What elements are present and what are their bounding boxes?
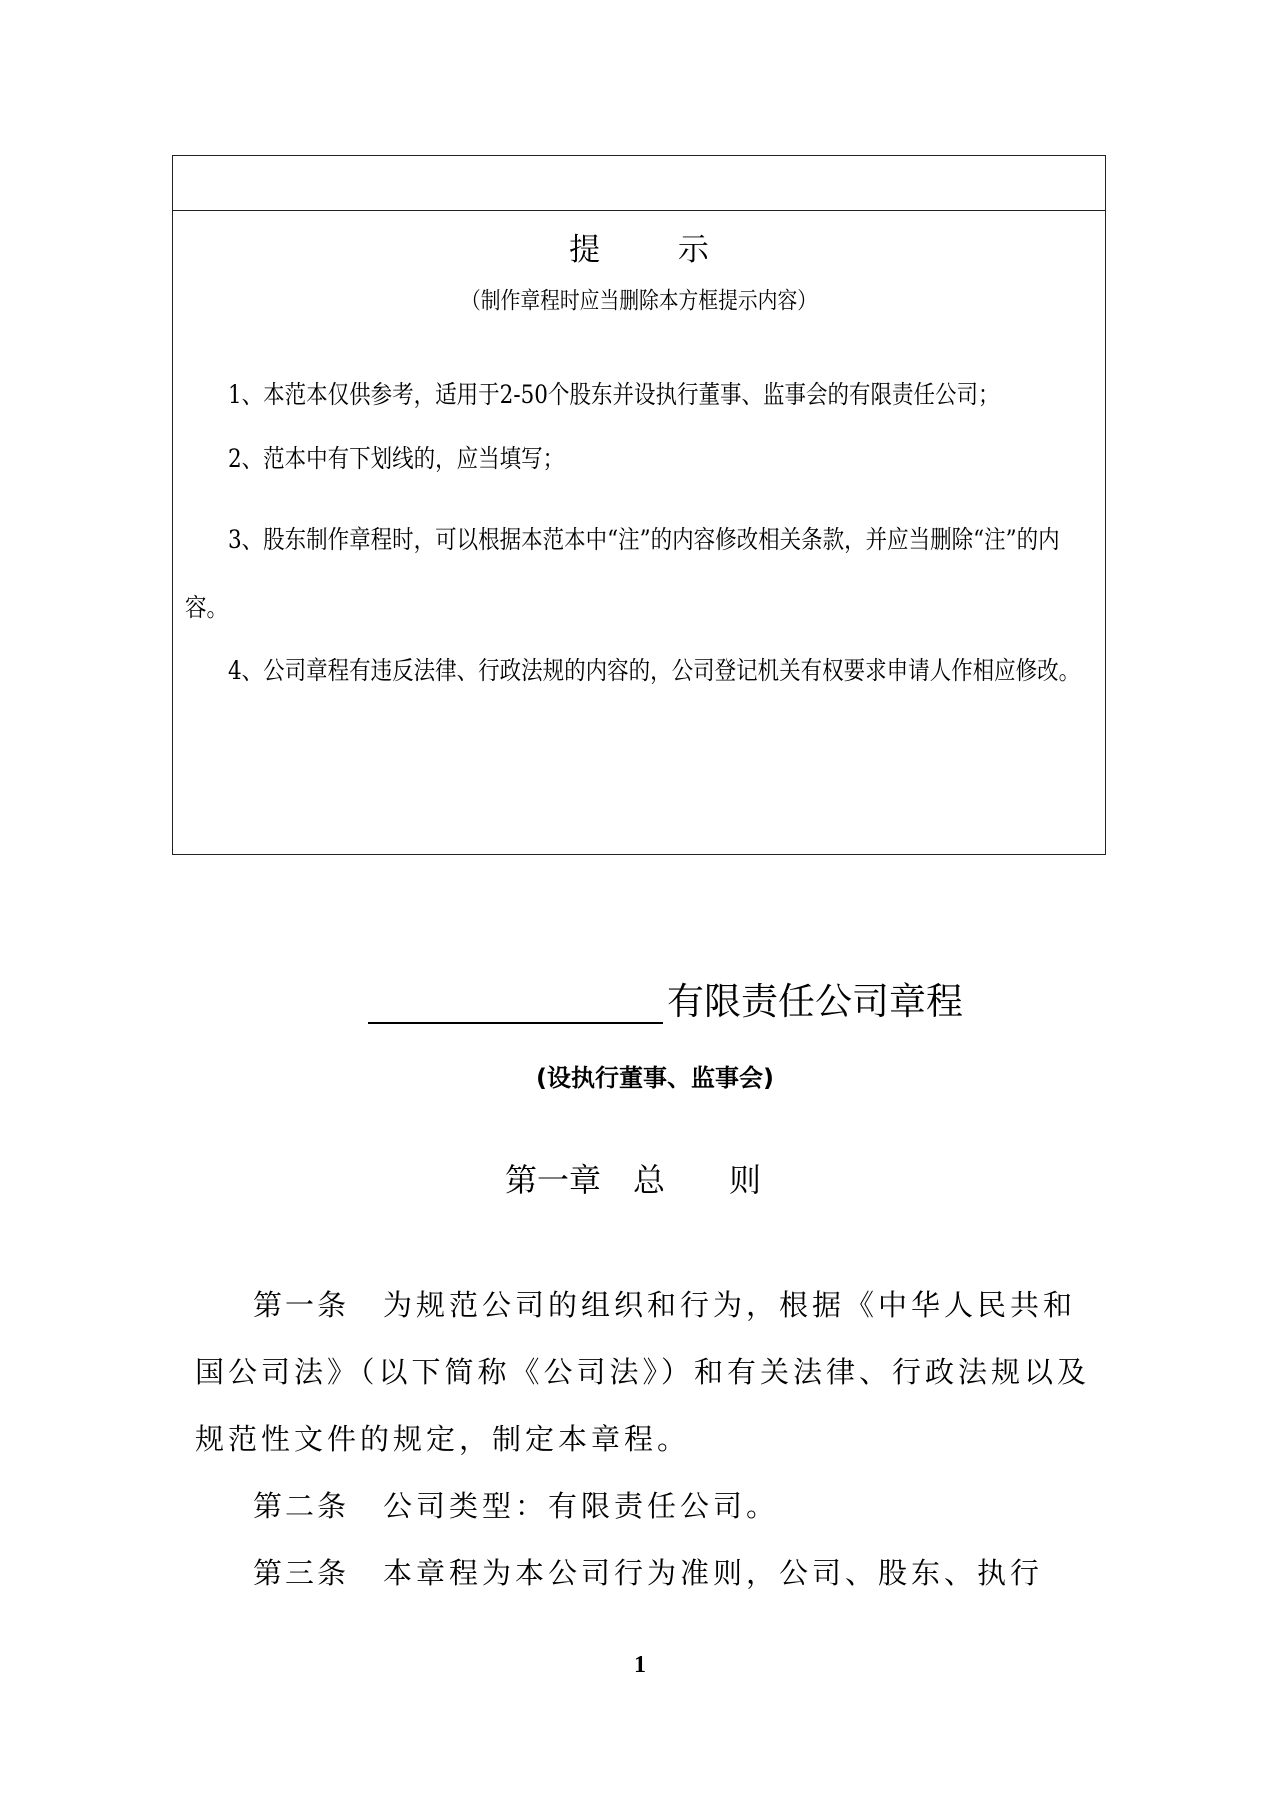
- company-name-blank: [368, 984, 663, 1024]
- notice-empty-row: [173, 156, 1105, 211]
- notice-item-3: 3、股东制作章程时，可以根据本范本中“注”的内容修改相关条款，并应当删除“注”的…: [185, 506, 1093, 642]
- notice-box: 提 示 （制作章程时应当删除本方框提示内容） 1、本范本仅供参考，适用于2-50…: [172, 155, 1106, 855]
- notice-item-4: 4、公司章程有违反法律、行政法规的内容的，公司登记机关有权要求申请人作相应修改。: [185, 650, 1093, 692]
- page-number: 1: [0, 1652, 1280, 1679]
- article-label: 第二条: [253, 1489, 349, 1523]
- document-title-suffix: 有限责任公司章程: [667, 980, 963, 1023]
- article-3: 第三条本章程为本公司行为准则，公司、股东、执行: [195, 1540, 1100, 1607]
- notice-subtitle: （制作章程时应当删除本方框提示内容）: [238, 282, 1040, 315]
- article-1: 第一条为规范公司的组织和行为，根据《中华人民共和国公司法》（以下简称《公司法》）…: [195, 1272, 1100, 1473]
- article-text: 公司类型：有限责任公司。: [383, 1489, 779, 1523]
- notice-item-2: 2、范本中有下划线的，应当填写；: [185, 438, 1093, 480]
- notice-item-1: 1、本范本仅供参考，适用于2-50个股东并设执行董事、监事会的有限责任公司；: [185, 374, 1093, 416]
- notice-title: 提 示: [173, 224, 1105, 269]
- document-page: 提 示 （制作章程时应当删除本方框提示内容） 1、本范本仅供参考，适用于2-50…: [0, 0, 1280, 1810]
- article-text: 本章程为本公司行为准则，公司、股东、执行: [383, 1556, 1043, 1590]
- document-title: 有限责任公司章程: [368, 980, 963, 1024]
- article-label: 第三条: [253, 1556, 349, 1590]
- notice-items: 1、本范本仅供参考，适用于2-50个股东并设执行董事、监事会的有限责任公司； 2…: [185, 374, 1095, 692]
- document-subtitle: (设执行董事、监事会): [0, 1058, 1280, 1093]
- articles: 第一条为规范公司的组织和行为，根据《中华人民共和国公司法》（以下简称《公司法》）…: [195, 1272, 1100, 1607]
- chapter-title: 第一章 总 则: [505, 1155, 761, 1201]
- article-label: 第一条: [253, 1288, 349, 1322]
- article-2: 第二条公司类型：有限责任公司。: [195, 1473, 1100, 1540]
